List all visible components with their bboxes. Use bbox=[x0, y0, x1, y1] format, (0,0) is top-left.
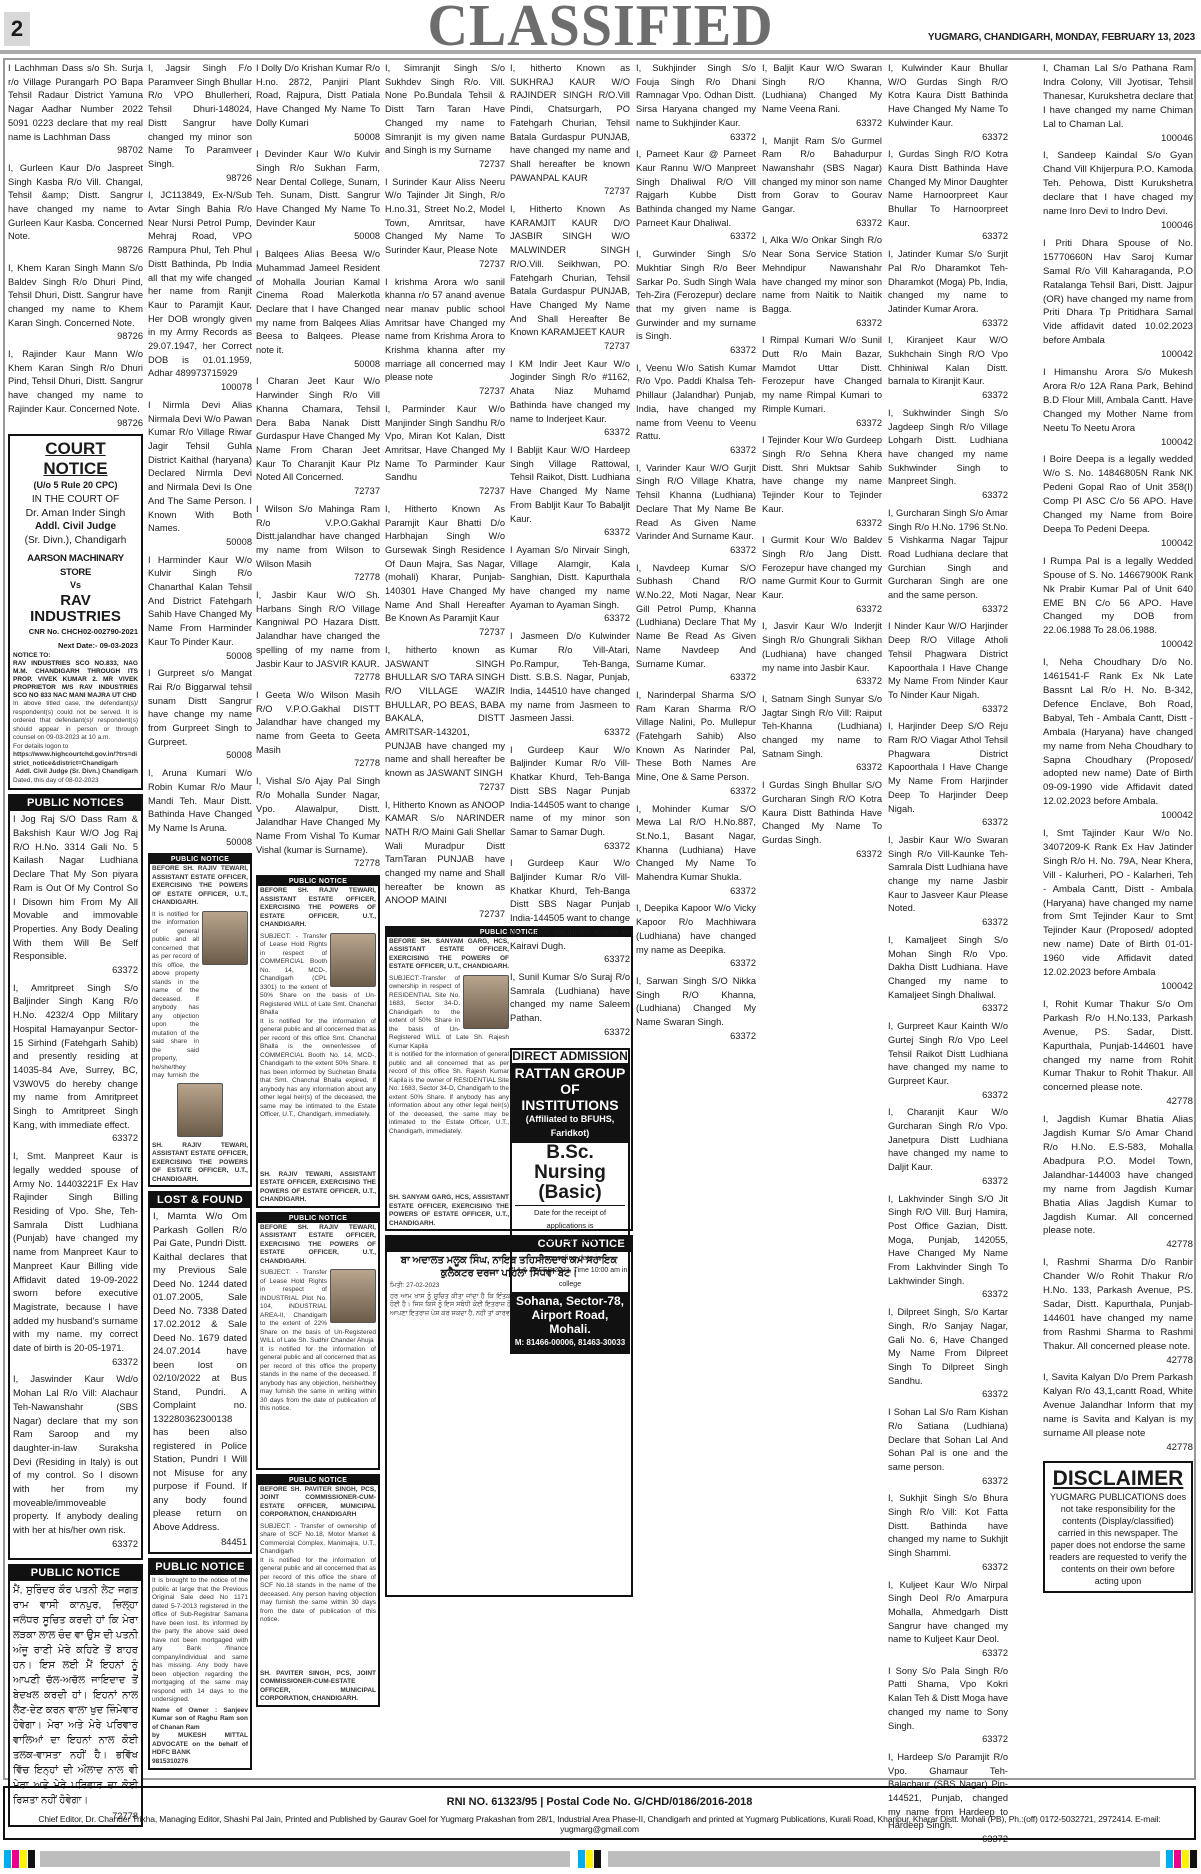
classified-notice: I, Rashmi Sharma D/o Ranbir Chander W/o … bbox=[1043, 1256, 1193, 1367]
notice-ref: 50008 bbox=[148, 749, 252, 763]
notice-text: I, Harjinder Deep S/O Reju Ram R/O Viaga… bbox=[888, 720, 1008, 816]
notice-text: I Gurmit Kour W/o Baldev Singh R/o Jang … bbox=[762, 534, 882, 603]
notice-text: I, Jatinder Kumar S/o Surjit Pal R/o Dha… bbox=[888, 248, 1008, 317]
court-signed: Addl. Civil Judge (Sr. Divn.) Chandigarh bbox=[13, 768, 138, 777]
notice-text: I, Veenu W/o Satish Kumar R/o Vpo. Paddi… bbox=[636, 362, 756, 444]
notice-ref: 50008 bbox=[148, 536, 252, 550]
notice-ref: 42778 bbox=[1043, 1238, 1193, 1252]
notice-ref: 63372 bbox=[888, 1288, 1008, 1302]
notice-ref: 63372 bbox=[888, 230, 1008, 244]
registration-black bbox=[28, 1850, 35, 1868]
notice-ref: 63372 bbox=[762, 217, 882, 231]
notice-ref: 72737 bbox=[385, 385, 505, 399]
notice-text: I, Satnam Singh Sunyar S/o Jagtar Singh … bbox=[762, 693, 882, 762]
notice-text: I Geeta W/o Wilson Masih R/O V.P.O.Gakha… bbox=[256, 689, 380, 758]
notice-ref: 72737 bbox=[510, 340, 630, 354]
dateline: YUGMARG, CHANDIGARH, MONDAY, FEBRUARY 13… bbox=[928, 32, 1195, 43]
classified-notice: I Rimpal Kumari W/o Sunil Dutt R/o Main … bbox=[762, 334, 882, 430]
notice-text: I Jog Raj S/O Dass Ram & Bakshish Kaur W… bbox=[13, 813, 138, 964]
counseling-date: 14 & 15 FEB 2023, Time 10:00 am in colle… bbox=[512, 1264, 628, 1291]
classified-notice: I, Sukhwinder Singh S/o Jagdeep Singh R/… bbox=[888, 407, 1008, 503]
notice-text: I, Rohit Kumar Thakur S/o Om Parkash R/o… bbox=[1043, 998, 1193, 1095]
notice-text: I, Gurdas Singh R/O Kotra Kaura Distt Ba… bbox=[888, 148, 1008, 230]
disclaimer-title: DISCLAIMER bbox=[1049, 1467, 1187, 1491]
classified-notice: I krishma Arora w/o sanil khanna r/o 57 … bbox=[385, 276, 505, 399]
classified-notice: I Jasmeen D/o Kulwinder Kumar R/o Vill-A… bbox=[510, 630, 630, 740]
notice-ref: 98726 bbox=[148, 172, 252, 186]
registration-cyan bbox=[578, 1850, 585, 1868]
registration-yellow bbox=[20, 1850, 27, 1868]
notice-ref: 63372 bbox=[888, 1733, 1008, 1747]
classified-notice: I, Kiranjeet Kaur W/O Sukhchain Singh R/… bbox=[888, 334, 1008, 403]
notice-text: I Gurdas Singh Bhullar S/O Gurcharan Sin… bbox=[762, 779, 882, 848]
bank-notice-header: PUBLIC NOTICE bbox=[150, 1560, 250, 1575]
column-8: I, Kulwinder Kaur Bhullar W/O Gurdas Sin… bbox=[888, 62, 1008, 1851]
classified-notice: I Rumpa Pal is a legally Wedded Spouse o… bbox=[1043, 555, 1193, 652]
judge-name: Dr. Aman Inder Singh bbox=[13, 507, 138, 521]
registration-gray bbox=[40, 1851, 570, 1867]
notice-ref: 63372 bbox=[762, 517, 882, 531]
estate-officer-title: BEFORE SH. RAJIV TEWARI, ASSISTANT ESTAT… bbox=[258, 1223, 378, 1268]
public-notice-estate-box: PUBLIC NOTICE BEFORE SH. RAJIV TEWARI, A… bbox=[256, 875, 380, 1208]
disclaimer-text: YUGMARG PUBLICATIONS does not take respo… bbox=[1049, 1491, 1187, 1587]
judge-designation: Addl. Civil Judge bbox=[13, 520, 138, 534]
notice-text: I Sony S/o Pala Singh R/o Patti Shama, V… bbox=[888, 1665, 1008, 1734]
rni-line: RNI NO. 61323/95 | Postal Code No. G/CHD… bbox=[5, 1796, 1194, 1808]
notice-ref: 63372 bbox=[13, 1356, 138, 1370]
registration-cyan bbox=[4, 1850, 11, 1868]
classified-notice: I, Jagdish Kumar Bhatia Alias Jagdish Ku… bbox=[1043, 1113, 1193, 1252]
classified-notice: I, JC113849, Ex-N/Sub Avtar Singh Bahia … bbox=[148, 189, 252, 395]
classified-notice: I, Kulwinder Kaur Bhullar W/O Gurdas Sin… bbox=[888, 62, 1008, 144]
address-line-2: Airport Road, Mohali. bbox=[514, 1308, 626, 1336]
notice-ref: 72778 bbox=[256, 671, 380, 685]
notice-ref: 100042 bbox=[1043, 436, 1193, 450]
notice-ref: 63372 bbox=[762, 603, 882, 617]
bank-notice-text: It is brought to the notice of the publi… bbox=[150, 1575, 250, 1707]
public-notice-header: PUBLIC NOTICE bbox=[150, 855, 250, 864]
notice-ref: 100046 bbox=[1043, 132, 1193, 146]
notice-text: I, Savita Kalyan D/o Prem Parkash Kalyan… bbox=[1043, 1371, 1193, 1441]
notice-text: I, hitherto known as JASWANT SINGH BHULL… bbox=[385, 644, 505, 781]
notice-text: I Boire Deepa is a legally wedded W/o S.… bbox=[1043, 453, 1193, 536]
classified-notice: I, Mohinder Kumar S/O Mewa Lal R/O H.No.… bbox=[636, 803, 756, 899]
notice-text: I, Baljit Kaur W/O Swaran Singh R/O Khan… bbox=[762, 62, 882, 117]
classified-notice: I, Gurpreet Kaur Kainth W/o Gurtej Singh… bbox=[888, 1020, 1008, 1102]
notice-ref: 72737 bbox=[385, 258, 505, 272]
lost-found-header: LOST & FOUND bbox=[150, 1193, 250, 1208]
classified-notice: I, Amritpreet Singh S/o Baljinder Singh … bbox=[13, 982, 138, 1146]
public-notice-estate-box-2: PUBLIC NOTICE BEFORE SH. RAJIV TEWARI, A… bbox=[256, 1212, 380, 1470]
notice-ref: 63372 bbox=[888, 1175, 1008, 1189]
notice-fine-print: It is notified for the information of ge… bbox=[260, 1557, 376, 1667]
estate-officer-signed: SH. SANYAM GARG, HCS, ASSISTANT ESTATE O… bbox=[387, 1193, 511, 1229]
notice-text: I Ayaman S/o Nirvair Singh, Village Alam… bbox=[510, 544, 630, 613]
notice-ref: 63372 bbox=[888, 1561, 1008, 1575]
notice-text: I Himanshu Arora S/o Mukesh Arora R/o 12… bbox=[1043, 366, 1193, 436]
notice-ref: 63372 bbox=[510, 840, 630, 854]
receipt-label: Date for the receipt of applications is bbox=[515, 1205, 625, 1233]
notice-text: I Tejinder Kour W/o Gurdeep Singh R/o Se… bbox=[762, 434, 882, 516]
classified-notice: I, Neha Choudhary D/o No. 1461541-F Rank… bbox=[1043, 656, 1193, 823]
notice-text: I, Parminder Kaur W/o Manjinder Singh Sa… bbox=[385, 403, 505, 485]
registration-yellow bbox=[1182, 1850, 1189, 1868]
classified-notice: I, Rajinder Kaur Mann W/o Khem Karan Sin… bbox=[8, 348, 143, 430]
notice-text: I, Kuljeet Kaur W/o Nirpal Singh Deol R/… bbox=[888, 1579, 1008, 1648]
notice-ref: 84451 bbox=[150, 1536, 250, 1552]
notice-ref: 63372 bbox=[13, 964, 138, 978]
classified-notice: I, Parneet Kaur @ Parneet Kaur Rannu W/O… bbox=[636, 148, 756, 244]
notice-ref: 100078 bbox=[148, 381, 252, 395]
notice-text: I, Mohinder Kumar S/O Mewa Lal R/O H.No.… bbox=[636, 803, 756, 885]
notice-text: I, Hitherto Known as ANOOP KAMAR S/o NAR… bbox=[385, 799, 505, 909]
notice-ref: 63372 bbox=[888, 1388, 1008, 1402]
classified-notice: I Boire Deepa is a legally wedded W/o S.… bbox=[1043, 453, 1193, 550]
notice-ref: 100042 bbox=[1043, 980, 1193, 994]
registration-yellow bbox=[586, 1850, 593, 1868]
notice-ref: 63372 bbox=[636, 671, 756, 685]
punjabi-notice-header: PUBLIC NOTICE bbox=[10, 1566, 141, 1581]
classified-notice: I, Simranjit Singh S/o Sukhdev Singh R/o… bbox=[385, 62, 505, 172]
notice-text: I Babljit Kaur W/O Hardeep Singh Village… bbox=[510, 444, 630, 526]
classified-notice: I KM Indir Jeet Kaur W/o Joginder Singh … bbox=[510, 358, 630, 440]
lost-found-text: I, Mamta W/o Om Parkash Gollen R/o Pai G… bbox=[150, 1208, 250, 1536]
classified-notice: I, Hitherto Known as ANOOP KAMAR S/o NAR… bbox=[385, 799, 505, 922]
notice-ref: 63372 bbox=[510, 426, 630, 440]
notice-text: I, Gurleen Kaur D/o Jaspreet Singh Kasba… bbox=[8, 162, 143, 244]
notice-ref: 63372 bbox=[510, 1026, 630, 1040]
classified-notice: I, Navdeep Kumar S/O Subhash Chand R/O W… bbox=[636, 562, 756, 685]
notice-ref: 63372 bbox=[888, 389, 1008, 403]
notice-ref: 42778 bbox=[1043, 1354, 1193, 1368]
notice-ref: 72778 bbox=[256, 757, 380, 771]
notice-ref: 42778 bbox=[1043, 1095, 1193, 1109]
notice-ref: 63372 bbox=[888, 131, 1008, 145]
classified-notice: I Sony S/o Pala Singh R/o Patti Shama, V… bbox=[888, 1665, 1008, 1747]
notice-ref: 72737 bbox=[385, 781, 505, 795]
classified-notice: I Tejinder Kour W/o Gurdeep Singh R/o Se… bbox=[762, 434, 882, 530]
classified-notice: I Priti Dhara Spouse of No. 15770660N Ha… bbox=[1043, 237, 1193, 362]
notice-text: I KM Indir Jeet Kaur W/o Joginder Singh … bbox=[510, 358, 630, 427]
notice-text: I Nirmla Devi Alias Nirmala Devi W/o Paw… bbox=[148, 399, 252, 536]
judge-division: (Sr. Divn.), Chandigarh bbox=[13, 534, 138, 548]
bank-notice-signed: by MUKESH MITTAL ADVOCATE on the behalf … bbox=[150, 1732, 250, 1758]
classified-notice: I, Jaswinder Kaur Wd/o Mohan Lal R/o Vil… bbox=[13, 1373, 138, 1551]
notice-ref: 72737 bbox=[385, 908, 505, 922]
classified-notice: I, Chaman Lal S/o Pathana Ram Indra Colo… bbox=[1043, 62, 1193, 145]
classified-notice: I, Sarwan Singh S/O Nikka Singh R/O Khan… bbox=[636, 975, 756, 1044]
notice-ref: 63372 bbox=[636, 1030, 756, 1044]
notice-ref: 63372 bbox=[13, 1132, 138, 1146]
classified-notice: I Balqees Alias Beesa W/o Muhammad Jamee… bbox=[256, 248, 380, 371]
notice-text: I Rimpal Kumari W/o Sunil Dutt R/o Main … bbox=[762, 334, 882, 416]
notice-ref: 63372 bbox=[636, 885, 756, 899]
classified-notice: I, Manjit Ram S/o Gurmel Ram R/o Bahadur… bbox=[762, 135, 882, 231]
notice-ref: 72737 bbox=[256, 485, 380, 499]
notice-text: I, Dilpreet Singh, S/o Kartar Singh, R/o… bbox=[888, 1306, 1008, 1388]
notice-text: I Devinder Kaur W/o Kulvir Singh R/o Suk… bbox=[256, 148, 380, 230]
notice-text: I Lachhman Dass s/o Sh. Surja r/o Villag… bbox=[8, 62, 143, 144]
notice-fine-print: It is notified for the information of ge… bbox=[389, 1051, 509, 1191]
notice-ref: 50008 bbox=[256, 131, 380, 145]
notice-text: I, Varinder Kaur W/O Gurjit Singh R/O Vi… bbox=[636, 462, 756, 544]
notice-text: I, Khem Karan Singh Mann S/o Baldev Sing… bbox=[8, 262, 143, 331]
classified-notice: I, Deepika Kapoor W/o Vicky Kapoor R/o M… bbox=[636, 902, 756, 971]
estate-officer-title: BEFORE SH. SANYAM GARG, HCS, ASSISTANT E… bbox=[387, 937, 511, 973]
classified-notice: I Babljit Kaur W/O Hardeep Singh Village… bbox=[510, 444, 630, 540]
ad-phones: M: 81466-00006, 81463-30033 bbox=[514, 1336, 626, 1350]
classified-notice: I, Gurcharan Singh S/o Amar Singh R/o H.… bbox=[888, 507, 1008, 617]
notice-ref: 63372 bbox=[510, 612, 630, 626]
notice-text: I Sohan Lal S/o Ram Kishan R/o Satiana (… bbox=[888, 1406, 1008, 1475]
classified-notice: I, Aruna Kumari W/o Robin Kumar R/o Maur… bbox=[148, 767, 252, 849]
notice-text: I, Amritpreet Singh S/o Baljinder Singh … bbox=[13, 982, 138, 1133]
notice-text: I, JC113849, Ex-N/Sub Avtar Singh Bahia … bbox=[148, 189, 252, 381]
classified-notice: I, Lakhvinder Singh S/O Jit Singh R/O Vi… bbox=[888, 1193, 1008, 1303]
notice-text: I, Hitherto Known As Paramjit Kaur Bhatt… bbox=[385, 503, 505, 626]
notice-ref: 100042 bbox=[1043, 348, 1193, 362]
joint-commissioner-signed: SH. PAVITER SINGH, PCS, JOINT COMMISSION… bbox=[258, 1669, 378, 1705]
notice-text: I, Parneet Kaur @ Parneet Kaur Rannu W/O… bbox=[636, 148, 756, 230]
registration-black bbox=[1190, 1850, 1197, 1868]
notice-photo bbox=[330, 933, 376, 987]
classified-notice: I Wilson S/o Mahinga Ram R/o V.P.O.Gakha… bbox=[256, 503, 380, 585]
notice-text: I, Rajinder Kaur Mann W/o Khem Karan Sin… bbox=[8, 348, 143, 417]
masthead: 2 CLASSIFIED YUGMARG, CHANDIGARH, MONDAY… bbox=[0, 0, 1201, 50]
notice-fine-print: It is notified for the information of ge… bbox=[260, 1346, 376, 1466]
classified-notice: I Sohan Lal S/o Ram Kishan R/o Satiana (… bbox=[888, 1406, 1008, 1488]
notice-text: I, Narinderpal Sharma S/O Ram Karan Shar… bbox=[636, 689, 756, 785]
details-label: For details logon to bbox=[13, 743, 138, 752]
notice-text: I, Chaman Lal S/o Pathana Ram Indra Colo… bbox=[1043, 62, 1193, 132]
notice-text: I, Sunil Kumar S/o Suraj R/o Samrala (Lu… bbox=[510, 971, 630, 1026]
notice-text: I Gurdeep Kaur W/o Baljinder Kumar R/o V… bbox=[510, 857, 630, 953]
joint-commissioner-title: BEFORE SH. PAVITER SINGH, PCS, JOINT COM… bbox=[258, 1485, 378, 1521]
classified-notice: I, Rohit Kumar Thakur S/o Om Parkash R/o… bbox=[1043, 998, 1193, 1109]
notice-text: I, Gurpreet Kaur Kainth W/o Gurtej Singh… bbox=[888, 1020, 1008, 1089]
public-notices-header: PUBLIC NOTICES bbox=[10, 796, 141, 811]
classified-notice: I, Sukhjit Singh S/o Bhura Singh R/o Vil… bbox=[888, 1492, 1008, 1574]
notice-ref: 63372 bbox=[636, 344, 756, 358]
classified-notice: I, Jasbir Kaur W/O Sh. Harbans Singh R/O… bbox=[256, 589, 380, 685]
notice-text: I, Sukhjit Singh S/o Bhura Singh R/o Vil… bbox=[888, 1492, 1008, 1561]
notice-text: I, Lakhvinder Singh S/O Jit Singh R/O Vi… bbox=[888, 1193, 1008, 1289]
notice-ref: 42778 bbox=[1043, 1441, 1193, 1455]
notice-photo bbox=[202, 911, 248, 965]
classified-notice: I, Narinderpal Sharma S/O Ram Karan Shar… bbox=[636, 689, 756, 799]
column-5: I, hitherto Known as SUKHRAJ KAUR W/O RA… bbox=[510, 62, 630, 1354]
classified-notice: I, Hitherto Known As Paramjit Kaur Bhatt… bbox=[385, 503, 505, 640]
notice-text: I Harminder Kaur W/o Kulvir Singh R/o Ch… bbox=[148, 554, 252, 650]
notice-ref: 63372 bbox=[510, 526, 630, 540]
ad-contact: Sohana, Sector-78, Airport Road, Mohali.… bbox=[512, 1292, 628, 1352]
notice-ref: 63372 bbox=[888, 603, 1008, 617]
nursing-admission-ad[interactable]: DIRECT ADMISSION RATTAN GROUP OF INSTITU… bbox=[510, 1048, 630, 1354]
column-3: I Dolly D/o Krishan Kumar R/o H.no. 2872… bbox=[256, 62, 380, 1707]
classified-notice: I, Sunil Kumar S/o Suraj R/o Samrala (Lu… bbox=[510, 971, 630, 1040]
classified-notice: I Charan Jeet Kaur W/o Harwinder Singh R… bbox=[256, 375, 380, 498]
public-notice-header: PUBLIC NOTICE bbox=[258, 877, 378, 886]
classified-notice: I Nirmla Devi Alias Nirmala Devi W/o Paw… bbox=[148, 399, 252, 550]
notice-ref: 72737 bbox=[385, 626, 505, 640]
notice-text: I, Aruna Kumari W/o Robin Kumar R/o Maur… bbox=[148, 767, 252, 836]
classified-notice: I, Kamaljeet Singh S/o Mohan Singh R/o V… bbox=[888, 934, 1008, 1016]
notice-to-label: NOTICE TO: bbox=[13, 652, 138, 660]
notice-ref: 63372 bbox=[888, 317, 1008, 331]
notice-text: I, Manjit Ram S/o Gurmel Ram R/o Bahadur… bbox=[762, 135, 882, 217]
notice-ref: 63372 bbox=[762, 117, 882, 131]
notice-text: I, Gurwinder Singh S/o Mukhtiar Singh R/… bbox=[636, 248, 756, 344]
classified-notice: I Gurmit Kour W/o Baldev Singh R/o Jang … bbox=[762, 534, 882, 616]
notice-ref: 63372 bbox=[510, 726, 630, 740]
court-body: In above titled case, the defendant(s)/ … bbox=[13, 700, 138, 743]
classified-notice: I Himanshu Arora S/o Mukesh Arora R/o 12… bbox=[1043, 366, 1193, 449]
classified-notice: I, Sandeep Kaindal S/o Gyan Chand Vill K… bbox=[1043, 149, 1193, 232]
court-dated: Dated, this day of 08-02-2023 bbox=[13, 777, 138, 786]
classified-notice: I, Savita Kalyan D/o Prem Parkash Kalyan… bbox=[1043, 1371, 1193, 1454]
classified-notice: I, Jasbir Kaur W/o Swaran Singh R/o Vill… bbox=[888, 834, 1008, 930]
notice-text: I Wilson S/o Mahinga Ram R/o V.P.O.Gakha… bbox=[256, 503, 380, 572]
classified-notice: I, Parminder Kaur W/o Manjinder Singh Sa… bbox=[385, 403, 505, 499]
notice-ref: 63372 bbox=[888, 1089, 1008, 1103]
classified-notice: I, Veenu W/o Satish Kumar R/o Vpo. Paddi… bbox=[636, 362, 756, 458]
notice-ref: 72737 bbox=[385, 158, 505, 172]
notice-text: I Surinder Kaur Aliss Neeru W/o Tajinder… bbox=[385, 176, 505, 258]
next-date: Next Date:- 09-03-2023 bbox=[13, 639, 138, 653]
classified-notice: I Gurdeep Kaur W/o Baljinder Kumar R/o V… bbox=[510, 857, 630, 967]
notice-ref: 63372 bbox=[636, 957, 756, 971]
imprint-footer: RNI NO. 61323/95 | Postal Code No. G/CHD… bbox=[3, 1786, 1196, 1840]
classified-notice: I, Vishal S/o Ajay Pal Singh R/o Mohalla… bbox=[256, 775, 380, 871]
notice-text: I Balqees Alias Beesa W/o Muhammad Jamee… bbox=[256, 248, 380, 358]
notice-ref: 63372 bbox=[762, 675, 882, 689]
column-6: I, Sukhjinder Singh S/o Fouja Singh R/o … bbox=[636, 62, 756, 1048]
classified-notice: I, Hitherto Known As KARAMJIT KAUR D/O J… bbox=[510, 203, 630, 354]
bank-notice-box: PUBLIC NOTICE It is brought to the notic… bbox=[148, 1558, 252, 1770]
notice-ref: 63372 bbox=[762, 848, 882, 862]
notice-text: I, Sukhwinder Singh S/o Jagdeep Singh R/… bbox=[888, 407, 1008, 489]
notice-ref: 100042 bbox=[1043, 537, 1193, 551]
counseling-label: Counseling date is bbox=[515, 1249, 625, 1265]
classified-notice: I, Jasvir Kaur W/o Inderjit Singh R/o Gh… bbox=[762, 620, 882, 689]
cnr-number: CNR No. CHCH02-002790-2021 bbox=[13, 625, 138, 639]
classified-notice: I, Gurleen Kaur D/o Jaspreet Singh Kasba… bbox=[8, 162, 143, 258]
notice-text: I, Jasbir Kaur W/O Sh. Harbans Singh R/O… bbox=[256, 589, 380, 671]
notice-ref: 63372 bbox=[636, 544, 756, 558]
classified-notice: I Dolly D/o Krishan Kumar R/o H.no. 2872… bbox=[256, 62, 380, 144]
notice-text: I, Deepika Kapoor W/o Vicky Kapoor R/o M… bbox=[636, 902, 756, 957]
notice-text: I Gurpreet s/o Mangat Rai R/o Biggarwal … bbox=[148, 667, 252, 749]
column-7: I, Baljit Kaur W/O Swaran Singh R/O Khan… bbox=[762, 62, 882, 865]
versus: Vs bbox=[13, 579, 138, 593]
defendant: RAV INDUSTRIES bbox=[13, 593, 138, 625]
notice-text: I Jasmeen D/o Kulwinder Kumar R/o Vill-A… bbox=[510, 630, 630, 726]
notice-text: I Rumpa Pal is a legally Wedded Spouse o… bbox=[1043, 555, 1193, 638]
notice-text: I, Jasbir Kaur W/o Swaran Singh R/o Vill… bbox=[888, 834, 1008, 916]
notice-ref: 100042 bbox=[1043, 809, 1193, 823]
notice-text: I Ninder Kaur W/O Harjinder Deep R/O Vil… bbox=[888, 620, 1008, 702]
notice-ref: 63372 bbox=[888, 1475, 1008, 1489]
classified-notice: I, Charanjit Kaur W/o Gurcharan Singh R/… bbox=[888, 1106, 1008, 1188]
classified-notice: I, Gurwinder Singh S/o Mukhtiar Singh R/… bbox=[636, 248, 756, 358]
classified-notice: I, Jagsir Singh F/o Paramveer Singh Bhul… bbox=[148, 62, 252, 185]
notice-text: I, hitherto Known as SUKHRAJ KAUR W/O RA… bbox=[510, 62, 630, 185]
notice-text: I krishma Arora w/o sanil khanna r/o 57 … bbox=[385, 276, 505, 386]
notice-text: I, Smt Tajinder Kaur W/o No. 3407209-K R… bbox=[1043, 827, 1193, 980]
notice-ref: 63372 bbox=[636, 444, 756, 458]
court-url[interactable]: https://www.highcourtchd.gov.in/?trs=dis… bbox=[13, 751, 138, 768]
notice-ref: 98726 bbox=[8, 330, 143, 344]
notice-ref: 63372 bbox=[888, 703, 1008, 717]
classified-notice: I Ninder Kaur W/O Harjinder Deep R/O Vil… bbox=[888, 620, 1008, 716]
notice-photo bbox=[330, 1269, 376, 1323]
classified-notice: I, Jatinder Kumar S/o Surjit Pal R/o Dha… bbox=[888, 248, 1008, 330]
notice-ref: 72737 bbox=[385, 485, 505, 499]
notice-text: I, Rashmi Sharma D/o Ranbir Chander W/o … bbox=[1043, 1256, 1193, 1353]
estate-officer-title: BEFORE SH. RAJIV TEWARI, ASSISTANT ESTAT… bbox=[150, 864, 250, 909]
bank-notice-phone: 9815310276 bbox=[150, 1758, 250, 1769]
notice-text: I, Sukhjinder Singh S/o Fouja Singh R/o … bbox=[636, 62, 756, 131]
punjabi-notice-text: ਮੈਂ, ਸੁਰਿੰਦਰ ਕੌਰ ਪਤਨੀ ਲੇਟ ਜਗਤ ਰਾਮ ਵਾਸੀ ਕ… bbox=[10, 1581, 141, 1810]
classified-notice: I, hitherto Known as SUKHRAJ KAUR W/O RA… bbox=[510, 62, 630, 199]
notice-ref: 63372 bbox=[13, 1538, 138, 1552]
course-name: B.Sc. Nursing (Basic) bbox=[512, 1143, 628, 1203]
notice-text: I Gurdeep Kaur W/o Baljinder Kumar R/o V… bbox=[510, 744, 630, 840]
classified-notice: I, hitherto known as JASWANT SINGH BHULL… bbox=[385, 644, 505, 795]
notice-ref: 100042 bbox=[1043, 638, 1193, 652]
notice-text: I, Jagdish Kumar Bhatia Alias Jagdish Ku… bbox=[1043, 1113, 1193, 1238]
notice-ref: 50008 bbox=[256, 358, 380, 372]
notice-text: I, Simranjit Singh S/o Sukhdev Singh R/o… bbox=[385, 62, 505, 158]
notice-ref: 63372 bbox=[510, 953, 630, 967]
court-notice-box: COURT NOTICE (U/o 5 Rule 20 CPC) IN THE … bbox=[8, 434, 143, 790]
public-notice-estate-box: PUBLIC NOTICE BEFORE SH. RAJIV TEWARI, A… bbox=[148, 853, 252, 1187]
affiliation: (Affiliated to BFUHS, Faridkot) bbox=[512, 1113, 628, 1142]
public-notice-header: PUBLIC NOTICE bbox=[258, 1214, 378, 1223]
column-1: I Lachhman Dass s/o Sh. Surja r/o Villag… bbox=[8, 62, 143, 1827]
classified-notice: I Gurdas Singh Bhullar S/O Gurcharan Sin… bbox=[762, 779, 882, 861]
notice-ref: 50008 bbox=[148, 836, 252, 850]
notice-fine-print: It is notified for the information of ge… bbox=[260, 1018, 376, 1168]
notice-ref: 98702 bbox=[8, 144, 143, 158]
notice-photo bbox=[463, 975, 509, 1029]
notice-text: I, Jasvir Kaur W/o Inderjit Singh R/o Gh… bbox=[762, 620, 882, 675]
notice-text: I, Sarwan Singh S/O Nikka Singh R/O Khan… bbox=[636, 975, 756, 1030]
notice-ref: 63372 bbox=[762, 317, 882, 331]
notice-ref: 63372 bbox=[762, 417, 882, 431]
notice-ref: 63372 bbox=[888, 1647, 1008, 1661]
notice-text: I, Charanjit Kaur W/o Gurcharan Singh R/… bbox=[888, 1106, 1008, 1175]
notice-text: I, Kiranjeet Kaur W/O Sukhchain Singh R/… bbox=[888, 334, 1008, 389]
masthead-rule bbox=[0, 50, 1201, 54]
notice-photo bbox=[177, 1083, 223, 1137]
plaintiff: AARSON MACHINARY STORE bbox=[13, 552, 138, 579]
classified-notice: I Ayaman S/o Nirvair Singh, Village Alam… bbox=[510, 544, 630, 626]
classified-notice: I, Smt. Manpreet Kaur is legally wedded … bbox=[13, 1150, 138, 1369]
column-9: I, Chaman Lal S/o Pathana Ram Indra Colo… bbox=[1043, 62, 1193, 1593]
notice-text: I, Smt. Manpreet Kaur is legally wedded … bbox=[13, 1150, 138, 1356]
registration-cyan bbox=[1166, 1850, 1173, 1868]
notice-ref: 100046 bbox=[1043, 219, 1193, 233]
notice-ref: 63372 bbox=[888, 916, 1008, 930]
court-rule: (U/o 5 Rule 20 CPC) bbox=[13, 479, 138, 493]
classified-notice: I Devinder Kaur W/o Kulvir Singh R/o Suk… bbox=[256, 148, 380, 244]
notice-text: I, Hitherto Known As KARAMJIT KAUR D/O J… bbox=[510, 203, 630, 340]
classified-notice: I, Harjinder Deep S/O Reju Ram R/O Viaga… bbox=[888, 720, 1008, 830]
registration-black bbox=[594, 1850, 601, 1868]
notice-ref: 50008 bbox=[256, 230, 380, 244]
notice-ref: 72737 bbox=[510, 185, 630, 199]
